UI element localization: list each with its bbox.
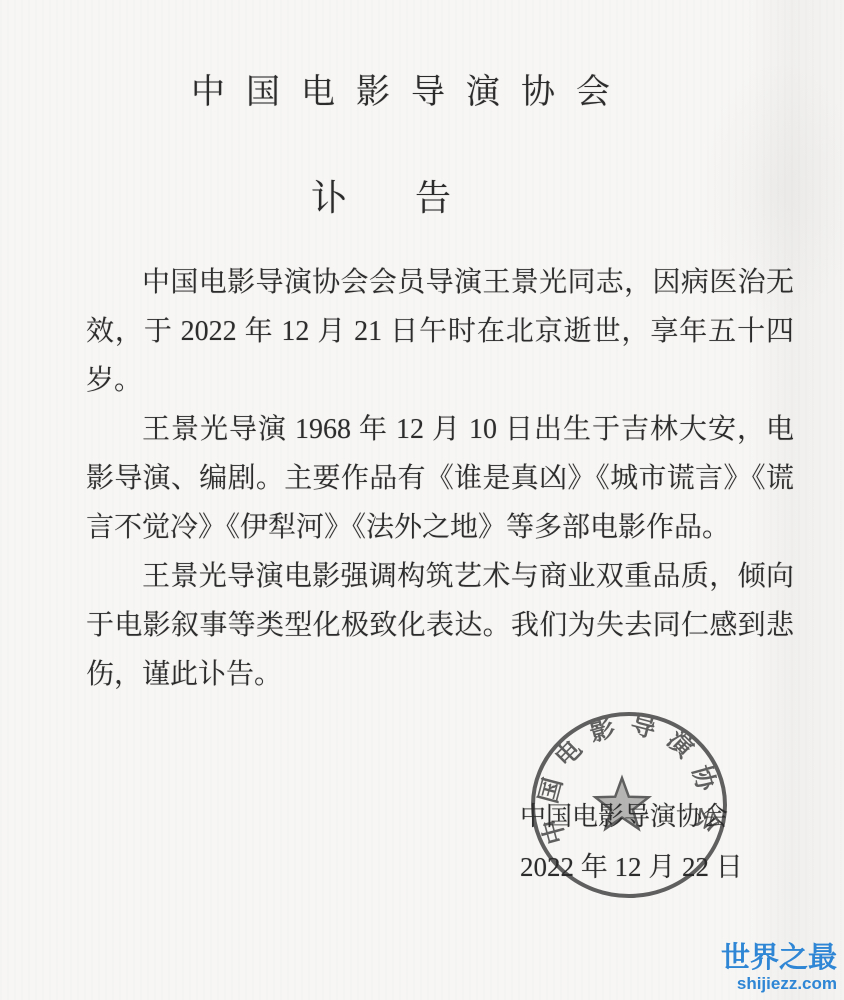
- document-body: 中国电影导演协会会员导演王景光同志，因病医治无效，于 2022 年 12 月 2…: [86, 258, 794, 699]
- document-type-heading: 讣告: [311, 170, 519, 221]
- scanned-obituary-document: 中国电影导演协会 讣告 中国电影导演协会会员导演王景光同志，因病医治无效，于 2…: [0, 0, 844, 1000]
- organization-title: 中国电影导演协会: [191, 64, 631, 113]
- paragraph-biography: 王景光导演 1968 年 12 月 10 日出生于吉林大安，电影导演、编剧。主要…: [86, 405, 794, 552]
- watermark-site-domain: shijiezz.com: [721, 975, 837, 992]
- paragraph-tribute: 王景光导演电影强调构筑艺术与商业双重品质，倾向于电影叙事等类型化极致化表达。我们…: [86, 552, 794, 699]
- watermark-site-name: 世界之最: [721, 944, 837, 973]
- signature-line: 中国电影导演协会: [520, 796, 728, 833]
- site-watermark: 世界之最 shijiezz.com: [721, 944, 837, 992]
- date-line: 2022 年 12 月 22 日: [520, 845, 743, 884]
- paragraph-death-notice: 中国电影导演协会会员导演王景光同志，因病医治无效，于 2022 年 12 月 2…: [86, 258, 794, 405]
